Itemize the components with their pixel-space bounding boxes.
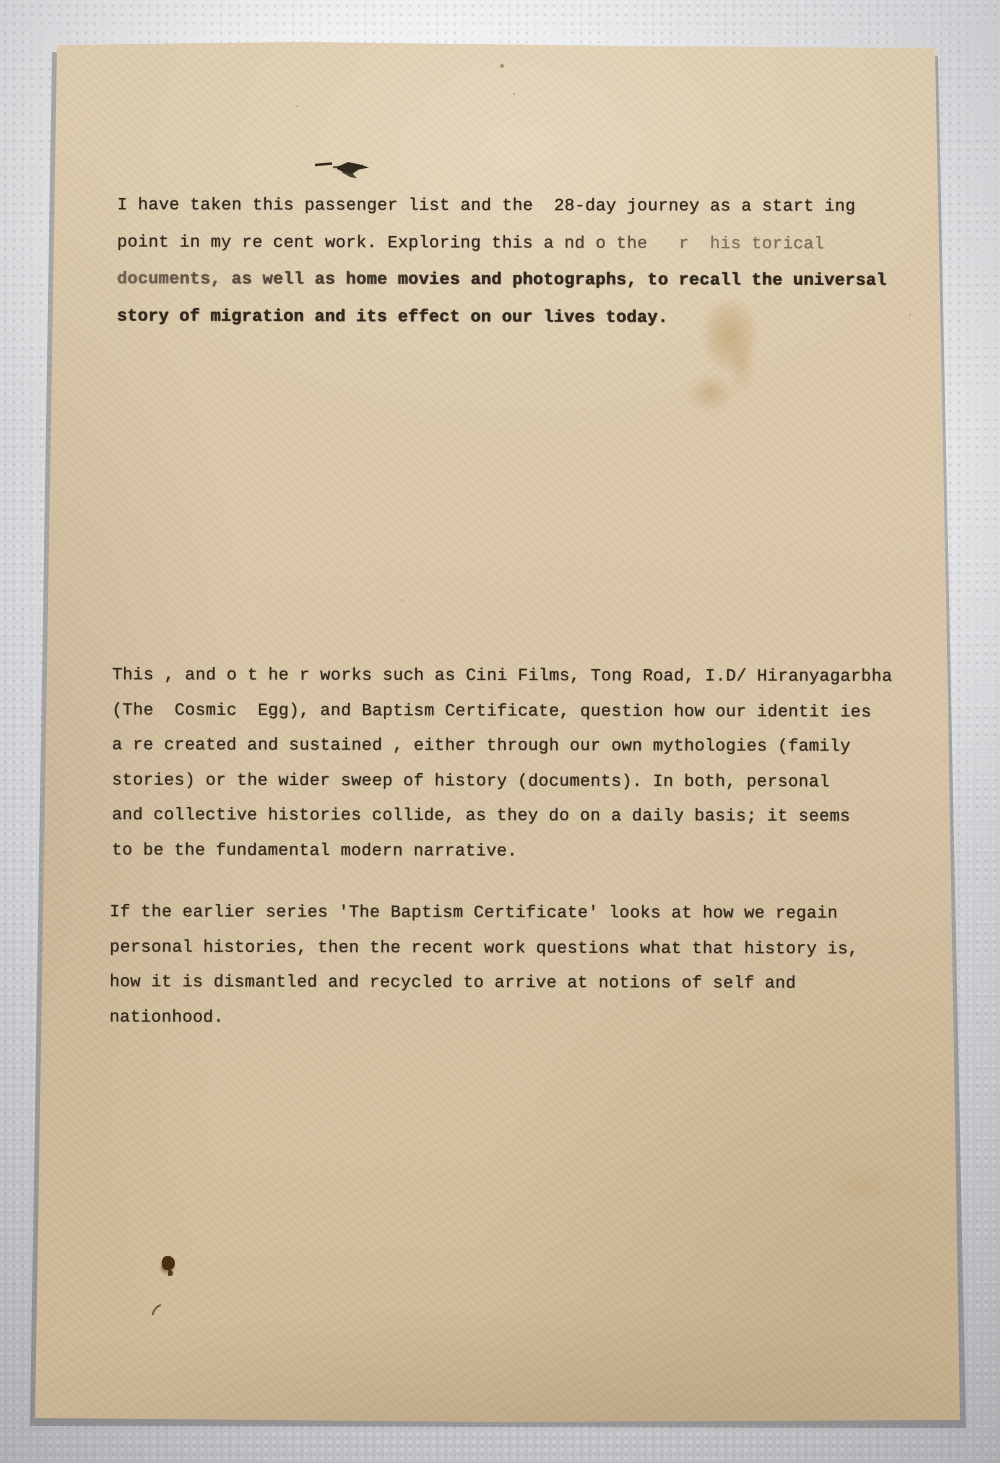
typewritten-line: to be the fundamental modern narrative. [112,833,892,870]
paragraph-1: I have taken this passenger list and the… [117,187,887,337]
photograph-of-typewritten-page: I have taken this passenger list and the… [0,0,1000,1463]
typewritten-line: story of migration and its effect on our… [117,298,887,337]
typewritten-line: I have taken this passenger list and the… [117,187,887,226]
typewritten-line: how it is dismantled and recycled to arr… [109,965,858,1002]
typewritten-line: personal histories, then the recent work… [109,930,858,967]
typewritten-line: stories) or the wider sweep of history (… [112,763,892,800]
typewritten-line: (The Cosmic Egg), and Baptism Certificat… [112,693,892,730]
typewritten-text-layer: I have taken this passenger list and the… [0,0,1000,1463]
typewritten-line: nationhood. [109,1000,858,1037]
typewritten-line: and collective histories collide, as the… [112,798,892,835]
paragraph-3: If the earlier series 'The Baptism Certi… [109,895,858,1037]
typewritten-line: If the earlier series 'The Baptism Certi… [110,895,859,932]
paragraph-2: This , and o t he r works such as Cini F… [112,658,893,870]
typewritten-line: point in my re cent work. Exploring this… [117,224,887,263]
typewritten-line: This , and o t he r works such as Cini F… [112,658,892,695]
typewritten-line: a re created and sustained , either thro… [112,728,892,765]
typewritten-line: documents, as well as home movies and ph… [117,261,887,300]
